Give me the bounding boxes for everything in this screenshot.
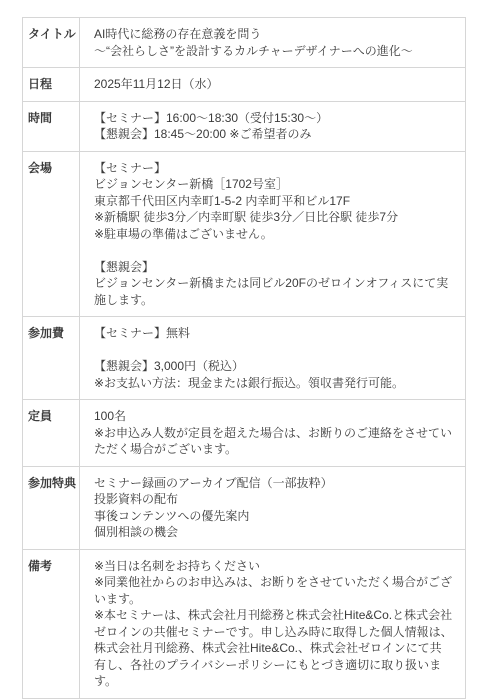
row-value: 【セミナー】16:00～18:30（受付15:30～） 【懇親会】18:45～2… [80, 102, 465, 151]
text-line: 【懇親会】 [94, 259, 453, 276]
row-value: 2025年11月12日（水） [80, 68, 465, 101]
row-label: タイトル [23, 18, 80, 67]
text-line: 東京都千代田区内幸町1-5-2 内幸町平和ビル17F [94, 193, 453, 210]
row-value: 【セミナー】無料 【懇親会】3,000円（税込） ※お支払い方法：現金または銀行… [80, 317, 465, 399]
text-line: 個別相談の機会 [94, 524, 453, 541]
table-row-venue: 会場 【セミナー】 ビジョンセンター新橋［1702号室］ 東京都千代田区内幸町1… [23, 152, 465, 318]
row-label: 定員 [23, 400, 80, 466]
row-label: 会場 [23, 152, 80, 317]
event-details-table: タイトル AI時代に総務の存在意義を問う ～“会社らしさ”を設計するカルチャーデ… [22, 17, 466, 640]
row-label: 参加特典 [23, 467, 80, 549]
text-line: 事後コンテンツへの優先案内 [94, 508, 453, 525]
text-line [94, 342, 453, 359]
text-line: ※同業他社からのお申込みは、お断りをさせていただく場合がございます。 [94, 574, 453, 607]
text-line [94, 242, 453, 259]
table-row-time: 時間 【セミナー】16:00～18:30（受付15:30～） 【懇親会】18:4… [23, 102, 465, 152]
text-line: 100名 [94, 408, 453, 425]
table-row-benefits: 参加特典 セミナー録画のアーカイブ配信（一部抜粋） 投影資料の配布 事後コンテン… [23, 467, 465, 550]
text-line: AI時代に総務の存在意義を問う [94, 26, 453, 43]
row-label: 備考 [23, 550, 80, 641]
row-value: 【セミナー】 ビジョンセンター新橋［1702号室］ 東京都千代田区内幸町1-5-… [80, 152, 465, 317]
text-line: 【セミナー】無料 [94, 325, 453, 342]
text-line: 【懇親会】3,000円（税込） [94, 358, 453, 375]
row-value: AI時代に総務の存在意義を問う ～“会社らしさ”を設計するカルチャーデザイナーへ… [80, 18, 465, 67]
text-line: 【懇親会】18:45～20:00 ※ご希望者のみ [94, 126, 453, 143]
text-line: ビジョンセンター新橋または同ビル20Fのゼロインオフィスにて実施します。 [94, 275, 453, 308]
text-line: セミナー録画のアーカイブ配信（一部抜粋） [94, 475, 453, 492]
row-label: 日程 [23, 68, 80, 101]
table-row-notes: 備考 ※当日は名刺をお持ちください ※同業他社からのお申込みは、お断りをさせてい… [23, 550, 465, 641]
table-row-capacity: 定員 100名 ※お申込み人数が定員を超えた場合は、お断りのご連絡をさせていただ… [23, 400, 465, 467]
text-line: ※お申込み人数が定員を超えた場合は、お断りのご連絡をさせていただく場合がございま… [94, 425, 453, 458]
row-value: 100名 ※お申込み人数が定員を超えた場合は、お断りのご連絡をさせていただく場合… [80, 400, 465, 466]
row-label: 参加費 [23, 317, 80, 399]
row-label: 時間 [23, 102, 80, 151]
text-line: ビジョンセンター新橋［1702号室］ [94, 176, 453, 193]
table-row-fee: 参加費 【セミナー】無料 【懇親会】3,000円（税込） ※お支払い方法：現金ま… [23, 317, 465, 400]
text-line: ～“会社らしさ”を設計するカルチャーデザイナーへの進化～ [94, 43, 453, 60]
text-line: 【セミナー】16:00～18:30（受付15:30～） [94, 110, 453, 127]
row-value: ※当日は名刺をお持ちください ※同業他社からのお申込みは、お断りをさせていただく… [80, 550, 465, 641]
text-line: 投影資料の配布 [94, 491, 453, 508]
table-row-title: タイトル AI時代に総務の存在意義を問う ～“会社らしさ”を設計するカルチャーデ… [23, 18, 465, 68]
text-line: 【セミナー】 [94, 160, 453, 177]
text-line: ※当日は名刺をお持ちください [94, 558, 453, 575]
row-value: セミナー録画のアーカイブ配信（一部抜粋） 投影資料の配布 事後コンテンツへの優先… [80, 467, 465, 549]
text-line: ※新橋駅 徒歩3分／内幸町駅 徒歩3分／日比谷駅 徒歩7分 [94, 209, 453, 226]
text-line: 2025年11月12日（水） [94, 76, 453, 93]
table-row-date: 日程 2025年11月12日（水） [23, 68, 465, 102]
text-line: ※本セミナーは、株式会社月刊総務と株式会社Hite&Co.と株式会社ゼロインの共… [94, 607, 453, 640]
text-line: ※駐車場の準備はございません。 [94, 226, 453, 243]
text-line: ※お支払い方法：現金または銀行振込。領収書発行可能。 [94, 375, 453, 392]
